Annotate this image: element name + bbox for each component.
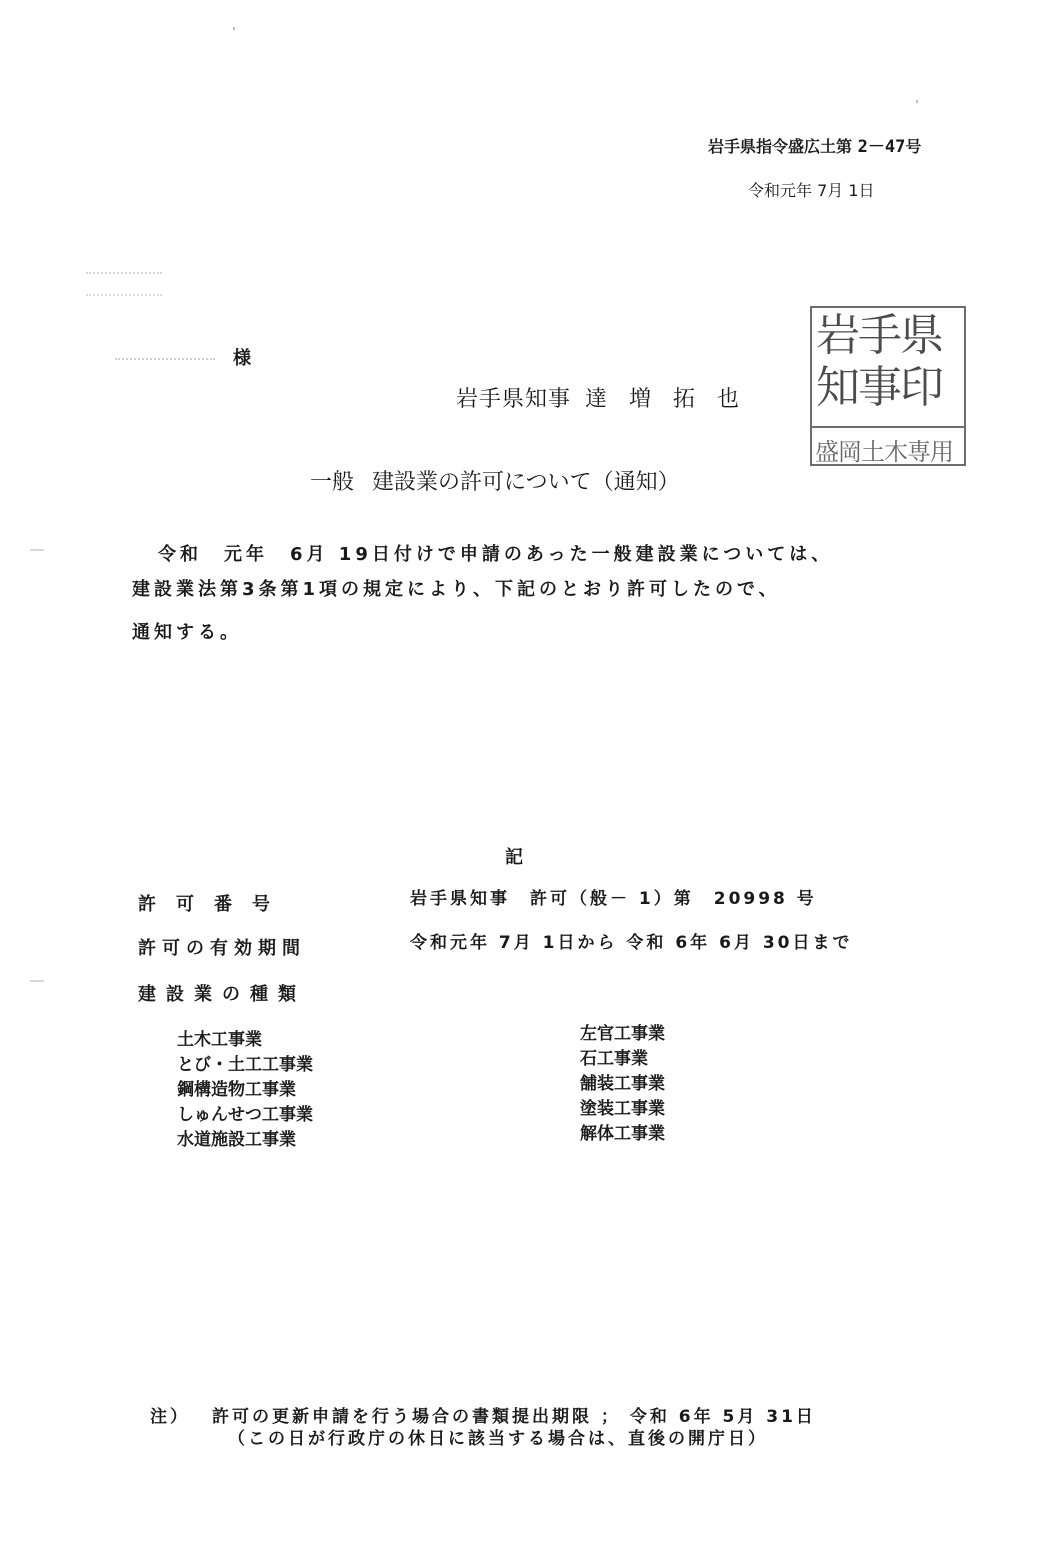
list-item: 石工事業 [580,1047,665,1072]
scan-edge-mark [30,549,44,551]
list-item: 土木工事業 [177,1028,313,1053]
body-line-1: 令和 元年 6月 19日付けで申請のあった一般建設業については、 [158,540,833,566]
seal-row-2: 知事印 [816,364,942,412]
issuer-title: 岩手県知事 [456,387,571,412]
validity-period-value: 令和元年 7月 1日から 令和 6年 6月 30日まで [410,928,852,953]
document-number: 岩手県指令盛広土第 2－47号 [708,132,921,157]
seal-row-3: 盛岡土木専用 [815,432,953,467]
record-heading: 記 [505,843,523,869]
permit-number-label: 許可番号 [138,890,290,916]
scan-speck [233,27,235,30]
body-line-2: 建設業法第3条第1項の規定により、下記のとおり許可したので、 [132,575,781,601]
document-title: 一般建設業の許可について（通知） [310,465,680,496]
document-number-handwritten: 2－47 [858,137,906,157]
permit-number-value: 岩手県知事 許可（般－ 1）第 20998 号 [410,884,817,909]
document-title-kind: 一般 [310,470,354,495]
list-item: 左官工事業 [580,1022,665,1047]
recipient-honorific: 様 [233,344,251,370]
construction-types-label: 建設業の種類 [138,980,306,1006]
recipient-address-redacted [86,294,162,299]
recipient-name-redacted [115,358,215,363]
issuer-name: 達増拓也 [585,387,761,412]
official-seal-stamp: 岩手県 知事印 盛岡土木専用 [810,306,966,466]
validity-period-label: 許可の有効期間 [138,934,306,960]
list-item: 解体工事業 [580,1122,665,1147]
list-item: 鋼構造物工事業 [177,1078,313,1103]
document-title-subject: 建設業の許可について（通知） [372,470,680,495]
construction-types-right-list: 左官工事業 石工事業 舗装工事業 塗装工事業 解体工事業 [580,1022,665,1147]
construction-types-left-list: 土木工事業 とび・土工工事業 鋼構造物工事業 しゅんせつ工事業 水道施設工事業 [177,1028,313,1153]
scan-speck [916,100,918,103]
issuer: 岩手県知事達増拓也 [456,382,761,413]
seal-row-1: 岩手県 [816,312,942,360]
document-number-prefix: 岩手県指令盛広土第 [708,137,852,156]
note-tag: 注） [150,1407,190,1427]
note-line-2: （この日が行政庁の休日に該当する場合は、直後の開庁日） [228,1424,768,1449]
list-item: とび・土工工事業 [177,1053,313,1078]
recipient-address-redacted [86,272,162,277]
document-number-suffix: 号 [905,137,921,156]
body-line-3: 通知する。 [132,618,242,644]
issue-date: 令和元年 7月 1日 [748,178,875,201]
list-item: 塗装工事業 [580,1097,665,1122]
scan-edge-mark [30,980,44,982]
seal-divider [812,426,964,428]
list-item: 舗装工事業 [580,1072,665,1097]
list-item: しゅんせつ工事業 [177,1103,313,1128]
list-item: 水道施設工事業 [177,1128,313,1153]
